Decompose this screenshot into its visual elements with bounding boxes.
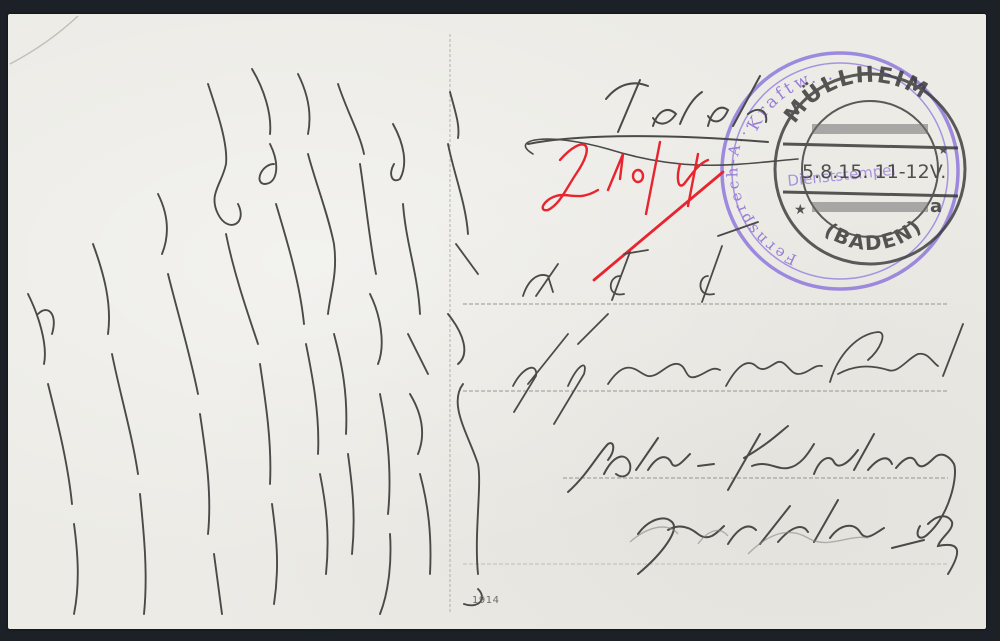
- svg-text:★: ★: [794, 202, 807, 218]
- address-line-2-script: [568, 426, 955, 538]
- corner-stain: [10, 16, 78, 64]
- svg-text:(BADEN): (BADEN): [820, 214, 927, 256]
- svg-text:a: a: [930, 196, 942, 217]
- address-line-3-script: [638, 500, 957, 574]
- printer-mark: 1914: [472, 595, 499, 606]
- muellheim-cancel-stamp: MÜLLHEIM (BADEN) 5.8.15. 11-12V. a ★ ★: [775, 63, 965, 264]
- address-line-3-shadow-script: [630, 527, 868, 554]
- address-lines: [463, 304, 948, 564]
- postcard-artwork: Kraftw... Fernsprech-A... Dienststempel …: [8, 14, 986, 629]
- svg-text:5.8.15. 11-12V.: 5.8.15. 11-12V.: [802, 161, 946, 183]
- message-script: [28, 69, 482, 614]
- address-line-1-script: [513, 314, 963, 424]
- red-censor-mark: [543, 142, 723, 280]
- postcard: Kraftw... Fernsprech-A... Dienststempel …: [8, 14, 986, 629]
- svg-text:★: ★: [938, 143, 949, 157]
- kff-script: [523, 222, 758, 302]
